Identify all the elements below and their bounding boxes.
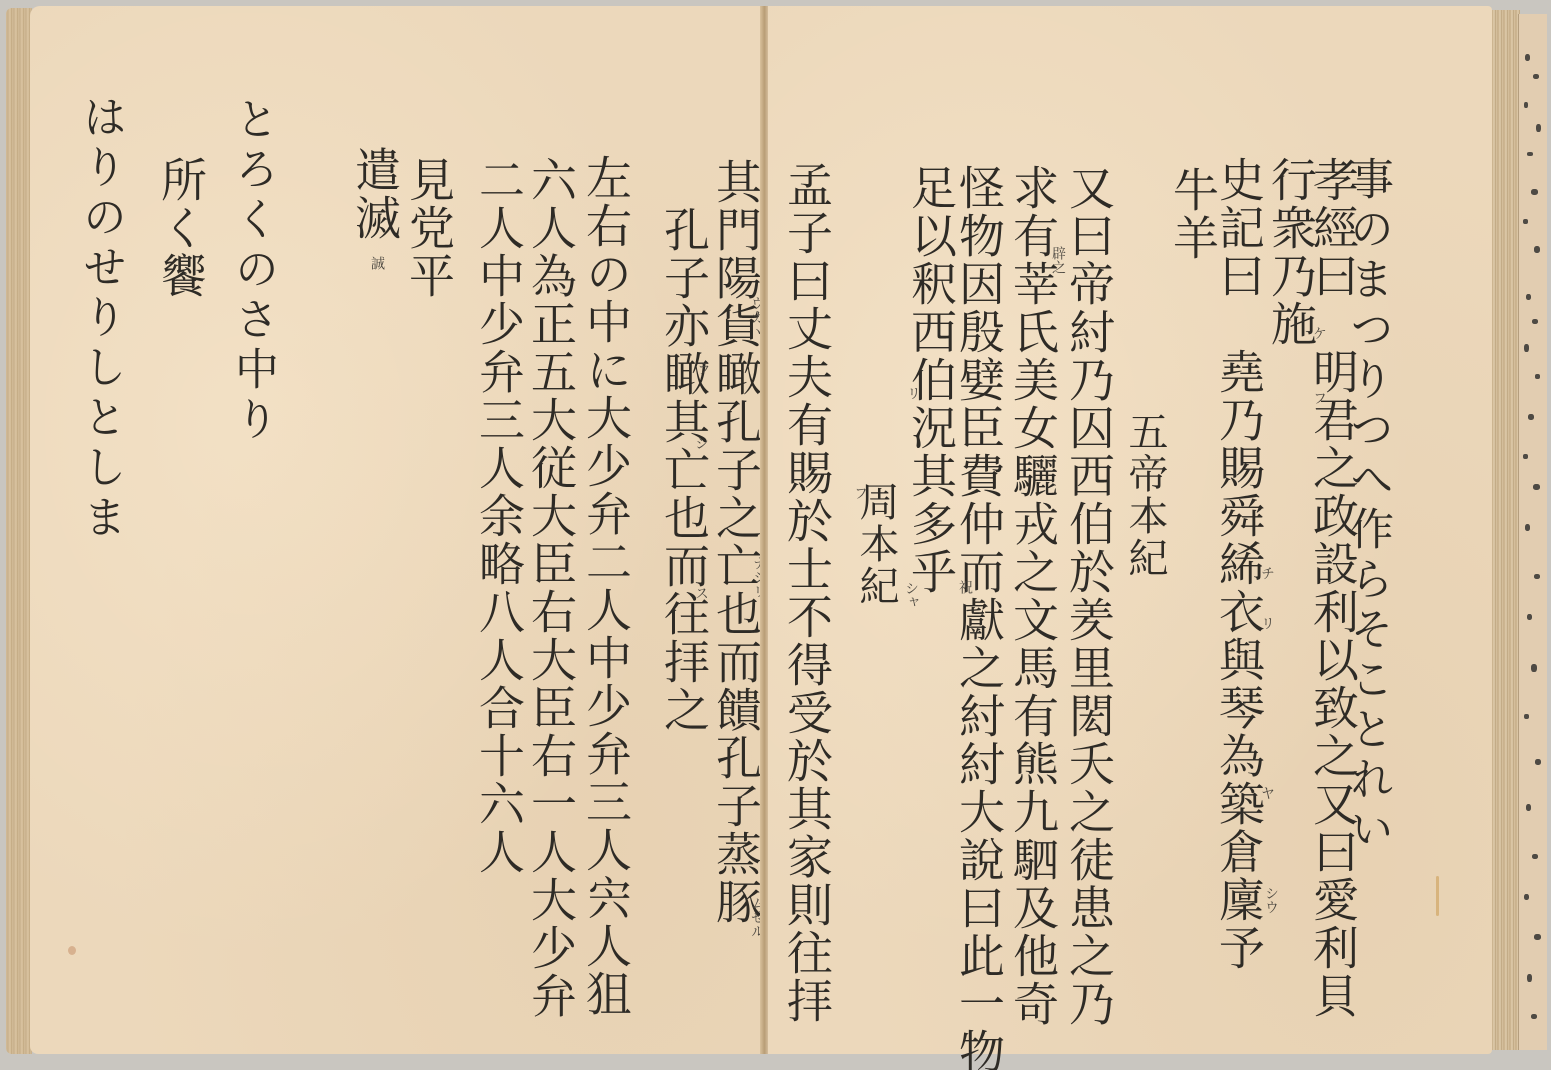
text-column: 五帝本紀	[1125, 411, 1165, 579]
reading-gloss: シ	[694, 436, 708, 450]
text-column: 行衆乃施	[1268, 156, 1314, 348]
text-column: 孔子亦瞰其亡也而往拝之	[661, 206, 707, 734]
text-column: 足以釈西伯況其多乎	[908, 164, 954, 596]
reading-gloss: ヤ	[1260, 786, 1274, 800]
text-column: 孟子曰丈夫有賜於士不得受於其家則往拝	[784, 161, 830, 1025]
text-column: 求有莘氏美女驪戎之文馬有熊九駟及他奇	[1010, 164, 1056, 1028]
reading-gloss: 祝	[958, 580, 972, 594]
text-column: 怪物因殷嬖臣費仲而獻之紂紂大說曰此一物	[956, 164, 1002, 1070]
text-column: 二人中少弁三人余略八人合十六人	[476, 156, 522, 876]
text-column: 其門陽貨瞰孔子之亡也而饋孔子蒸豚	[713, 158, 759, 926]
right-page: 事のまつりつへ作らそことれい 孝經曰 明君之政設利以致之又曰愛利貝 行衆乃施 史…	[768, 6, 1492, 1054]
reading-gloss: シウ	[1264, 886, 1278, 914]
text-column: 遣滅	[352, 146, 398, 242]
reading-gloss: リ	[906, 386, 920, 400]
reading-gloss: 辟之	[1051, 246, 1065, 274]
reading-gloss: ケ	[1312, 326, 1326, 340]
reading-gloss: シャ	[904, 581, 918, 609]
left-page: 其門陽貨瞰孔子之亡也而饋孔子蒸豚 孔子亦瞰其亡也而往拝之 左右の中に大少弁二人中…	[30, 6, 762, 1054]
left-page-edges	[6, 8, 32, 1054]
text-column: とろくのさ中り	[230, 96, 274, 446]
text-column: 牛羊	[1170, 166, 1216, 262]
reading-gloss: チ	[1260, 566, 1274, 580]
text-column: 六人為正五大従大臣右大臣右一人大少弁	[528, 156, 574, 1020]
reading-gloss: リ	[1260, 616, 1274, 630]
text-column: 史記曰 堯乃賜舜絺衣與琴為築倉廩予	[1216, 156, 1262, 972]
open-book: 其門陽貨瞰孔子之亡也而饋孔子蒸豚 孔子亦瞰其亡也而往拝之 左右の中に大少弁二人中…	[0, 0, 1551, 1070]
text-column: 見党平	[406, 156, 452, 300]
right-page-edges	[1490, 10, 1520, 1050]
text-column: 又曰帝紂乃囚西伯於羑里閎夭之徒患之乃	[1066, 164, 1112, 1028]
reading-gloss: フ	[853, 486, 867, 500]
reading-gloss: フ	[1312, 391, 1326, 405]
text-column: 左右の中に大少弁二人中少弁三人宍人狙	[583, 154, 629, 1018]
reading-gloss: ス	[694, 586, 708, 600]
reading-gloss: ラ	[696, 361, 710, 375]
back-cover-speckled	[1518, 14, 1547, 1050]
reading-gloss: 誠	[370, 256, 384, 270]
text-column: 所く饗	[158, 156, 204, 300]
text-column: はりのせりしとしま	[78, 94, 122, 544]
